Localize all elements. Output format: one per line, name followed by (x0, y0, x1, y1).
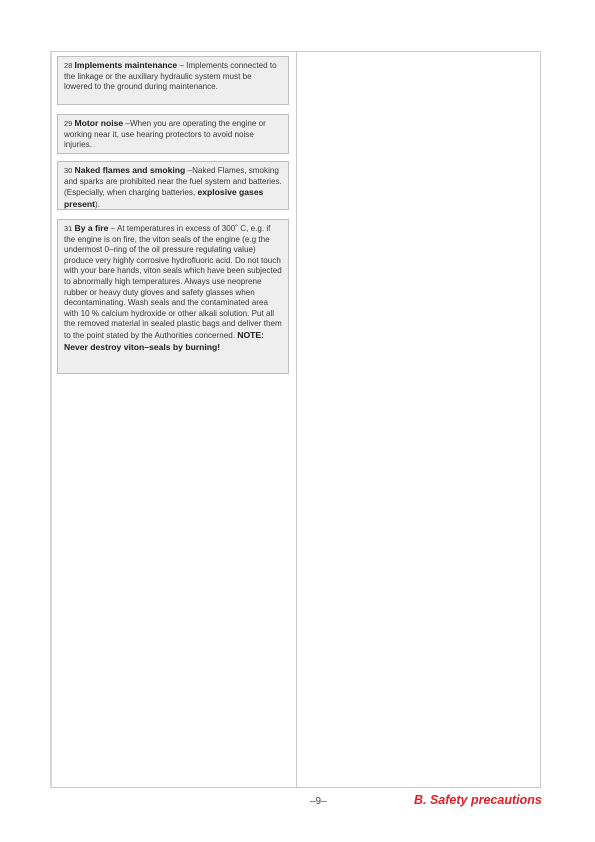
item-number: 31 (64, 224, 72, 233)
item-separator: – (177, 61, 186, 70)
safety-item-29: 29 Motor noise –When you are operating t… (57, 114, 289, 154)
safety-item-28: 28 Implements maintenance – Implements c… (57, 56, 289, 105)
item-text: At temperatures in excess of 300˚ C, e.g… (64, 224, 282, 340)
item-separator: – (123, 119, 130, 128)
section-title: B. Safety precautions (414, 793, 542, 807)
item-title: Implements maintenance (74, 60, 177, 70)
item-number: 30 (64, 166, 72, 175)
page-number: –9– (310, 796, 327, 807)
item-number: 28 (64, 61, 72, 70)
safety-item-30: 30 Naked flames and smoking –Naked Flame… (57, 161, 289, 210)
column-divider (296, 51, 297, 788)
item-text-end: ). (95, 200, 100, 209)
safety-item-31: 31 By a fire – At temperatures in excess… (57, 219, 289, 374)
item-title: Motor noise (74, 118, 123, 128)
item-title: Naked flames and smoking (74, 165, 185, 175)
item-separator: – (108, 224, 117, 233)
item-number: 29 (64, 119, 72, 128)
item-title: By a fire (74, 223, 108, 233)
